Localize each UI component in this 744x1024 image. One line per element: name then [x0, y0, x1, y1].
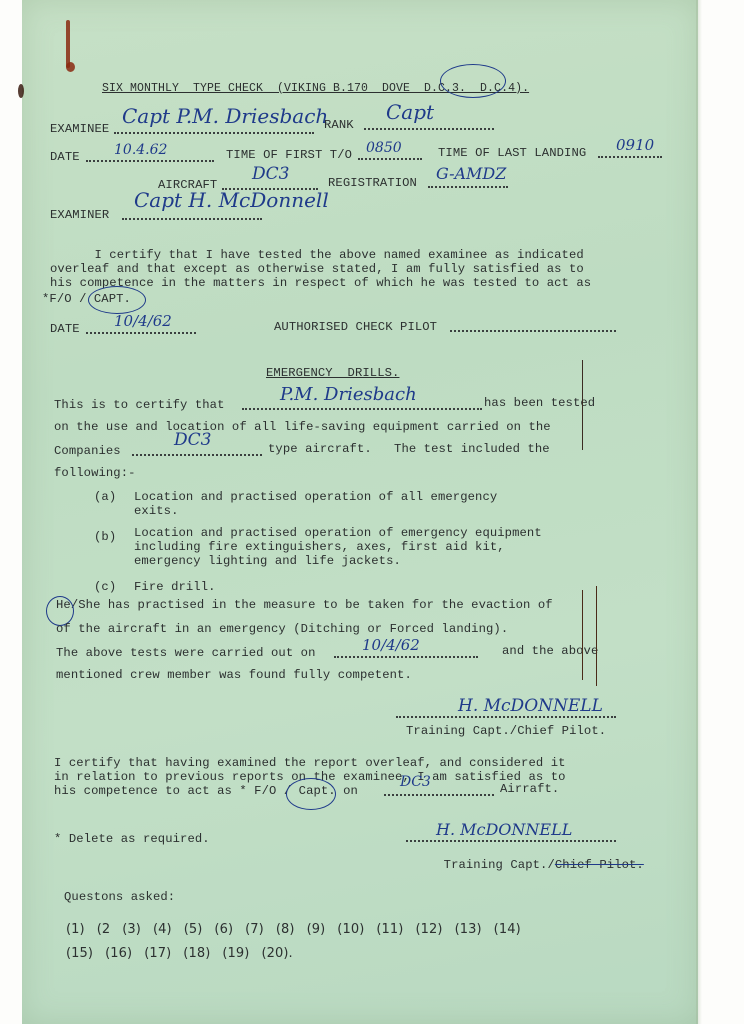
cert-line-2: overleaf and that except as otherwise st… [50, 262, 584, 276]
signature-line [396, 716, 616, 718]
emergency-line-1-post: has been tested [484, 396, 595, 410]
question-number: (14) [494, 922, 521, 937]
final-line-3-post: Airraft. [500, 782, 559, 796]
footnote: * Delete as required. [54, 832, 210, 846]
final-aircraft-line [384, 794, 494, 796]
emergency-line-3-pre: Companies [54, 444, 121, 458]
rank-label: RANK [324, 118, 354, 132]
title-keep: Training Capt./ [444, 858, 555, 872]
stain-mark [66, 20, 70, 68]
item-c-text: Fire drill. [134, 580, 216, 594]
question-number: (9) [307, 922, 326, 937]
last-landing-value[interactable]: 0910 [616, 136, 654, 154]
registration-value[interactable]: G-AMDZ [436, 164, 506, 183]
tests-date-line [334, 656, 478, 658]
emergency-heading: EMERGENCY DRILLS. [266, 366, 399, 380]
question-number: (8) [276, 922, 295, 937]
emergency-line-4: following:- [54, 466, 136, 480]
document-paper: SIX MONTHLY TYPE CHECK (VIKING B.170 DOV… [22, 0, 698, 1024]
question-number: (5) [184, 922, 203, 937]
first-to-line [358, 158, 422, 160]
question-number: (4) [153, 922, 172, 937]
questions-label: Questons asked: [64, 890, 175, 904]
title-struck: Chief Pilot. [555, 858, 644, 872]
check-pilot-line[interactable] [450, 330, 616, 332]
registration-label: REGISTRATION [328, 176, 417, 190]
question-number: (2 [97, 922, 111, 937]
date-value[interactable]: 10.4.62 [114, 142, 167, 158]
question-number: (12) [415, 922, 442, 937]
rank-line [364, 128, 494, 130]
item-b-label: (b) [94, 530, 116, 544]
circle-mark [286, 778, 336, 810]
emergency-line-1-pre: This is to certify that [54, 398, 225, 412]
registration-line [428, 186, 508, 188]
emergency-name-line [242, 408, 482, 410]
tests-date-value[interactable]: 10/4/62 [362, 636, 420, 654]
pencil-mark [582, 590, 583, 680]
final-aircraft-value[interactable]: DC3 [400, 774, 431, 790]
question-number: (16) [105, 946, 132, 961]
last-landing-line [598, 156, 662, 158]
final-line-1: I certify that having examined the repor… [54, 756, 566, 770]
evac-line-2: of the aircraft in an emergency (Ditchin… [56, 622, 508, 636]
question-number: (15) [66, 946, 93, 961]
question-number: (3) [122, 922, 141, 937]
signature-title-1: Training Capt./Chief Pilot. [406, 724, 606, 738]
tests-pre: The above tests were carried out on [56, 646, 315, 660]
first-to-label: TIME OF FIRST T/O [226, 148, 352, 162]
examiner-value[interactable]: Capt H. McDonnell [134, 188, 329, 212]
pencil-mark [582, 360, 583, 450]
cert-date-label: DATE [50, 322, 80, 336]
signature-1[interactable]: H. McDONNELL [458, 696, 603, 716]
examiner-label: EXAMINER [50, 208, 109, 222]
item-a-text: Location and practised operation of all … [134, 490, 497, 518]
questions-row-1: (1)(2(3)(4)(5)(6)(7)(8)(9)(10)(11)(12)(1… [66, 922, 533, 937]
signature-title-2: Training Capt./Chief Pilot. [414, 844, 644, 886]
examiner-line [122, 218, 262, 220]
evac-line-1: He/She has practised in the measure to b… [56, 598, 553, 612]
emergency-line-2: on the use and location of all life-savi… [54, 420, 551, 434]
question-number: (1) [66, 922, 85, 937]
question-number: (6) [214, 922, 233, 937]
emergency-type-line [132, 454, 262, 456]
cert-date-line [86, 332, 196, 334]
emergency-type-value[interactable]: DC3 [174, 430, 211, 450]
circle-mark [88, 286, 146, 314]
first-to-value[interactable]: 0850 [366, 140, 402, 156]
questions-row-2: (15)(16)(17)(18)(19)(20). [66, 946, 305, 961]
examinee-line [114, 132, 314, 134]
item-c-label: (c) [94, 580, 116, 594]
circle-mark [440, 64, 506, 98]
cert-date-value[interactable]: 10/4/62 [114, 312, 172, 330]
cert-line-1: I certify that I have tested the above n… [50, 248, 584, 262]
examinee-label: EXAMINEE [50, 122, 109, 136]
question-number: (7) [245, 922, 264, 937]
aircraft-value[interactable]: DC3 [252, 164, 289, 184]
question-number: (19) [222, 946, 249, 961]
question-number: (11) [376, 922, 403, 937]
question-number: (18) [183, 946, 210, 961]
date-label: DATE [50, 150, 80, 164]
examinee-value[interactable]: Capt P.M. Driesbach [122, 104, 328, 128]
question-number: (17) [144, 946, 171, 961]
item-a-label: (a) [94, 490, 116, 504]
stain-mark [18, 84, 24, 98]
signature-line-2 [406, 840, 616, 842]
question-number: (13) [455, 922, 482, 937]
tests-post: and the above [502, 644, 598, 658]
signature-2[interactable]: H. McDONNELL [436, 820, 572, 839]
emergency-line-3-post: type aircraft. The test included the [268, 442, 550, 456]
item-b-text: Location and practised operation of emer… [134, 526, 542, 568]
pencil-mark [596, 586, 597, 686]
last-landing-label: TIME OF LAST LANDING [438, 146, 586, 160]
check-pilot-label: AUTHORISED CHECK PILOT [274, 320, 437, 334]
rank-value[interactable]: Capt [386, 100, 434, 124]
date-line [86, 160, 214, 162]
question-number: (10) [337, 922, 364, 937]
question-number: (20). [261, 946, 292, 961]
tests-line-2: mentioned crew member was found fully co… [56, 668, 412, 682]
emergency-name-value[interactable]: P.M. Driesbach [280, 384, 417, 405]
stain-mark [66, 62, 75, 72]
